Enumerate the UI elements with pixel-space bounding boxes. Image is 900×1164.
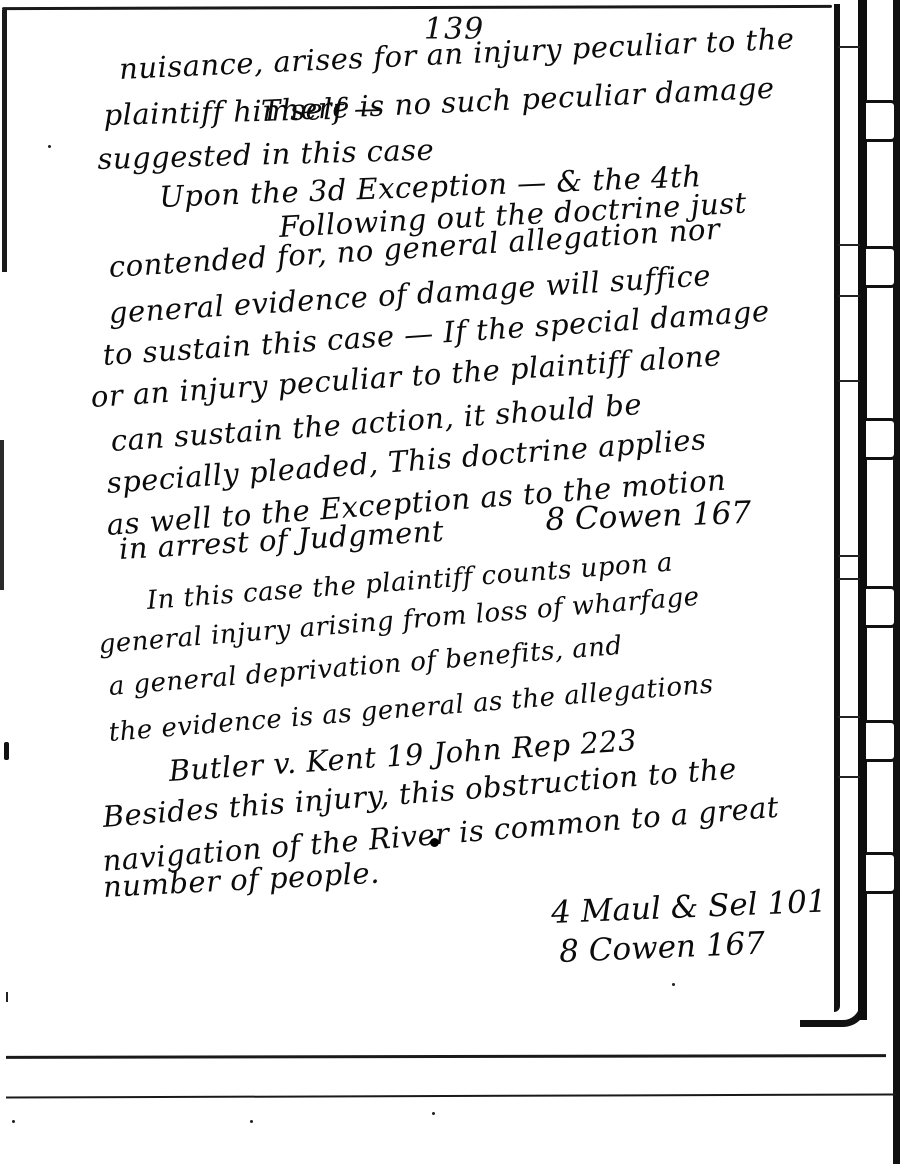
scan-speck [12, 1120, 15, 1123]
scan-speck [48, 145, 51, 148]
binder-tab [866, 720, 897, 762]
page-right-edge [834, 4, 840, 1012]
margin-rule [838, 716, 860, 718]
bottom-ruled-line [6, 1093, 896, 1098]
left-margin-mark-small [6, 992, 8, 1002]
margin-rule [838, 46, 860, 48]
binder-outer-edge [893, 0, 900, 1164]
page-left-edge [2, 10, 7, 272]
ink-blot [430, 838, 439, 847]
scanned-page: 139 nuisance, arises for an injury pecul… [0, 0, 900, 1164]
margin-rule [838, 578, 860, 580]
binder-tab [866, 586, 897, 628]
binder-tab [866, 852, 897, 894]
margin-rule [838, 555, 860, 557]
scan-speck [432, 1112, 435, 1115]
margin-rule [838, 244, 860, 246]
page-left-edge-lower [0, 440, 4, 590]
binder-tab [866, 246, 897, 288]
citation-cowen: 8 Cowen 167 [545, 495, 752, 538]
scan-speck [250, 1120, 253, 1123]
page-top-edge [2, 5, 832, 10]
left-margin-mark [4, 742, 9, 760]
margin-rule [838, 295, 860, 297]
citation-maule-selwyn: 4 Maul & Sel 101 [550, 883, 827, 931]
text-line: suggested in this case [97, 133, 435, 176]
scan-speck [672, 983, 675, 986]
binder-tab [866, 100, 897, 142]
binder-tab [866, 418, 897, 460]
margin-rule [838, 380, 860, 382]
citation-cowen-bottom: 8 Cowen 167 [558, 925, 765, 970]
page-corner-curl [800, 980, 867, 1027]
text-line: There is no such peculiar damage [260, 71, 775, 128]
bottom-page-edge [6, 1054, 886, 1059]
margin-rule [838, 776, 860, 778]
